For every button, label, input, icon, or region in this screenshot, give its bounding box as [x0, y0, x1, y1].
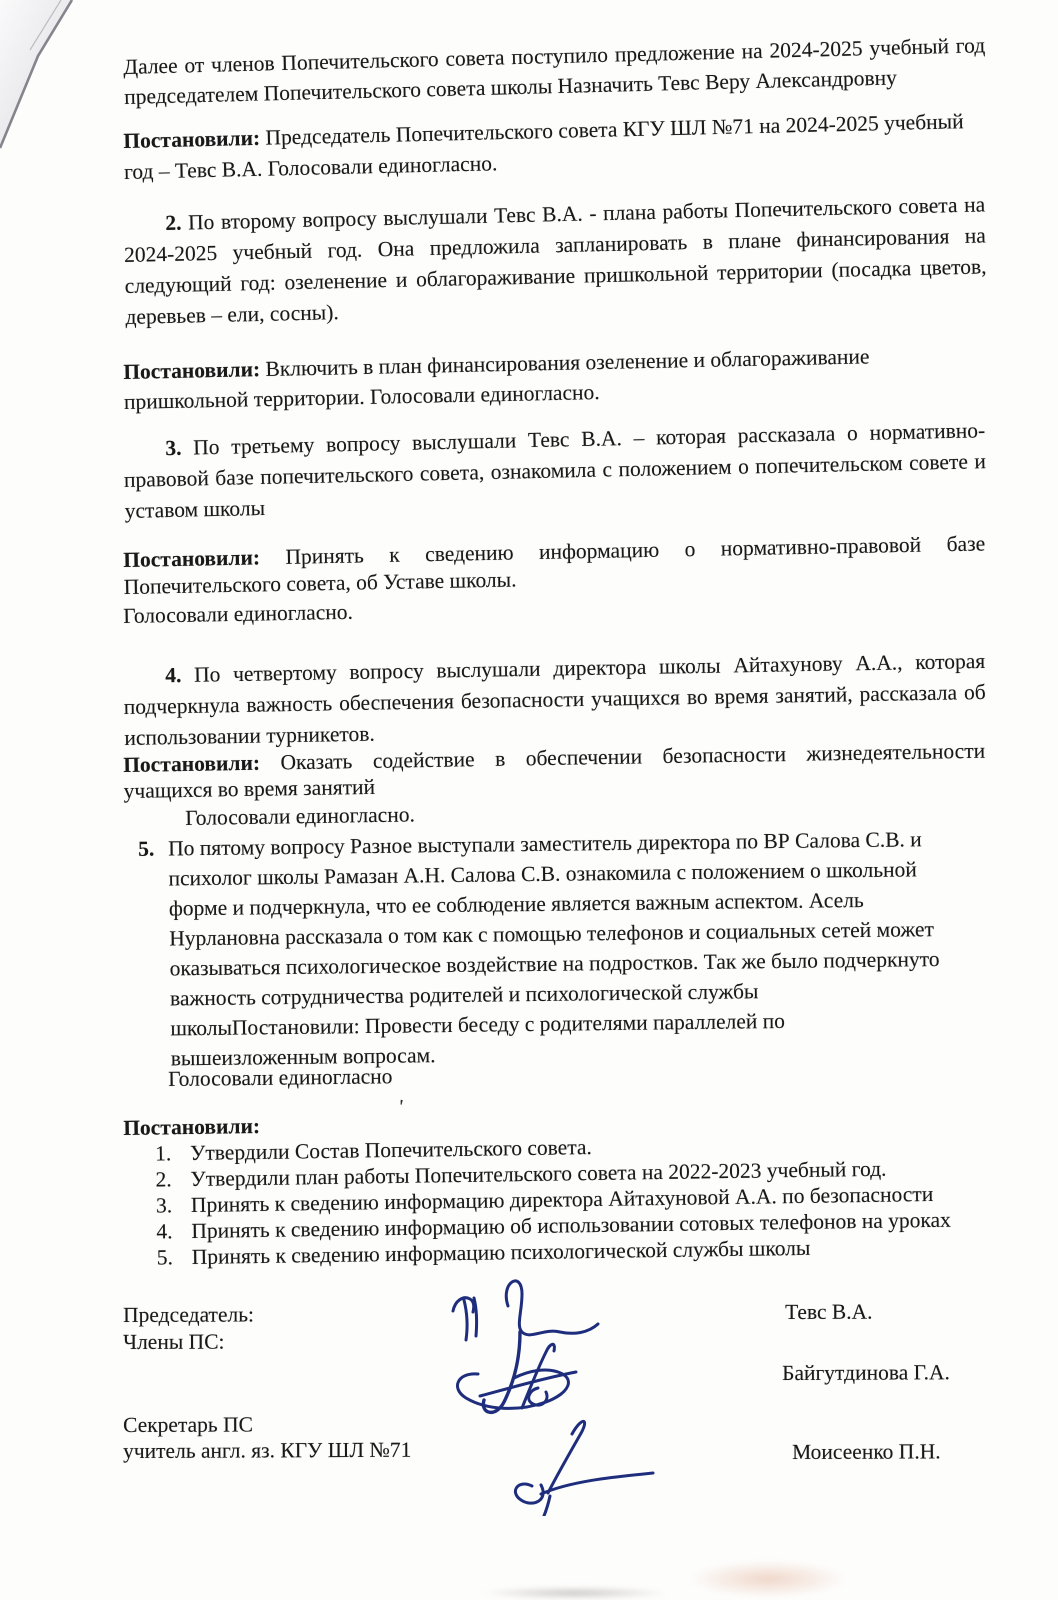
- item-text: По четвертому вопросу выслушали директор…: [124, 649, 986, 750]
- voted-line: Голосовали единогласно.: [185, 799, 415, 833]
- item-number: 5.: [138, 834, 154, 864]
- signature-tevs: [453, 1281, 598, 1412]
- list-item-number: 1.: [155, 1140, 172, 1166]
- item-number: 4.: [165, 663, 182, 687]
- member-name: Байгутдинова Г.А.: [782, 1357, 950, 1388]
- handwritten-signatures: [420, 1236, 670, 1516]
- paragraph-resolution-2: Постановили: Включить в план финансирова…: [123, 339, 986, 417]
- scan-smudge: [480, 1586, 670, 1600]
- paragraph-item-3: 3. По третьему вопросу выслушали Тевс В.…: [123, 415, 987, 527]
- resolution-label: Постановили:: [123, 126, 260, 153]
- paragraph-item-4: 4. По четвертому вопросу выслушали дирек…: [123, 646, 986, 754]
- paragraph-intro: Далее от членов Попечительского совета п…: [123, 30, 986, 112]
- item-text: По пятому вопросу Разное выступали замес…: [168, 827, 940, 1070]
- chairman-label: Председатель:: [123, 1299, 254, 1330]
- secretary-title: учитель англ. яз. КГУ ШЛ №71: [123, 1435, 411, 1466]
- item-number: 3.: [165, 436, 182, 460]
- item-number: 2.: [165, 211, 182, 235]
- list-item-number: 5.: [157, 1244, 174, 1270]
- paragraph-item-2: 2. По второму вопросу выслушали Тевс В.А…: [123, 189, 988, 333]
- secretary-name: Моисеенко П.Н.: [792, 1436, 941, 1467]
- resolution-label: Постановили:: [123, 357, 260, 384]
- signature-baygutdinova: [457, 1344, 576, 1408]
- chairman-name: Тевс В.А.: [785, 1297, 873, 1327]
- members-label: Члены ПС:: [123, 1327, 225, 1357]
- voted-line: Голосовали единогласно: [168, 1061, 393, 1094]
- list-item-number: 3.: [156, 1192, 173, 1218]
- item-text: По второму вопросу выслушали Тевс В.А. -…: [124, 192, 987, 329]
- scan-smudge: [688, 1560, 848, 1598]
- resolution-label: Постановили:: [123, 545, 260, 572]
- signature-moiseenko: [515, 1421, 653, 1516]
- list-item-number: 4.: [156, 1218, 173, 1244]
- paragraph-resolution-1: Постановили: Председатель Попечительског…: [123, 106, 986, 188]
- item-text: По третьему вопросу выслушали Тевс В.А. …: [124, 418, 986, 523]
- paragraph-item-5: 5. По пятому вопросу Разное выступали за…: [123, 824, 953, 1074]
- resolution-label: Постановили:: [123, 751, 260, 777]
- scanned-document-page: Далее от членов Попечительского совета п…: [0, 0, 1058, 1600]
- list-item-number: 2.: [155, 1166, 172, 1192]
